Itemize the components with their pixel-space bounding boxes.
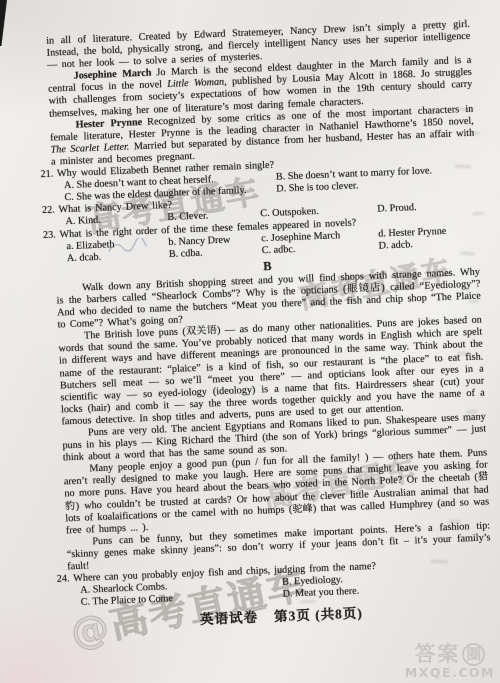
- option-23-d: D. adcb.: [378, 239, 413, 252]
- answer-site-watermark: 答案圈 MXQE.COM: [405, 642, 495, 680]
- option-22-c: C. Outspoken.: [260, 206, 319, 220]
- option-23-b: B. cdba.: [169, 247, 203, 260]
- answer-brand: 答案圈: [405, 642, 495, 666]
- option-24-d: D. Meat you there.: [282, 586, 359, 601]
- footer-doc-title: 英语试卷: [200, 610, 259, 627]
- option-23-a: A. dcab.: [67, 251, 102, 264]
- page-content: in all of literature. Created by Edward …: [0, 18, 500, 634]
- option-22-b: B. Clever.: [167, 211, 208, 225]
- footer-gap: [258, 621, 274, 622]
- answer-site-url: MXQE.COM: [405, 666, 495, 680]
- scanned-exam-page: 高考直通车 高考直通车 高考直通车 @高考直通车 答案圈 MXQE.COM in…: [0, 0, 500, 683]
- footer-page-number: 第3页 (共8页): [274, 606, 363, 625]
- option-22-a: A. Kind.: [65, 215, 101, 229]
- option-23-c: C. adbc.: [262, 244, 296, 257]
- option-24-c: C. The Plaice to Come: [81, 593, 174, 609]
- passage-b-paragraph-2: The British love puns (双关语) — as do many…: [58, 315, 486, 429]
- answer-brand-circle-logo: 圈: [462, 643, 485, 666]
- answer-brand-text: 答案: [414, 642, 460, 666]
- option-22-d: D. Proud.: [377, 202, 417, 216]
